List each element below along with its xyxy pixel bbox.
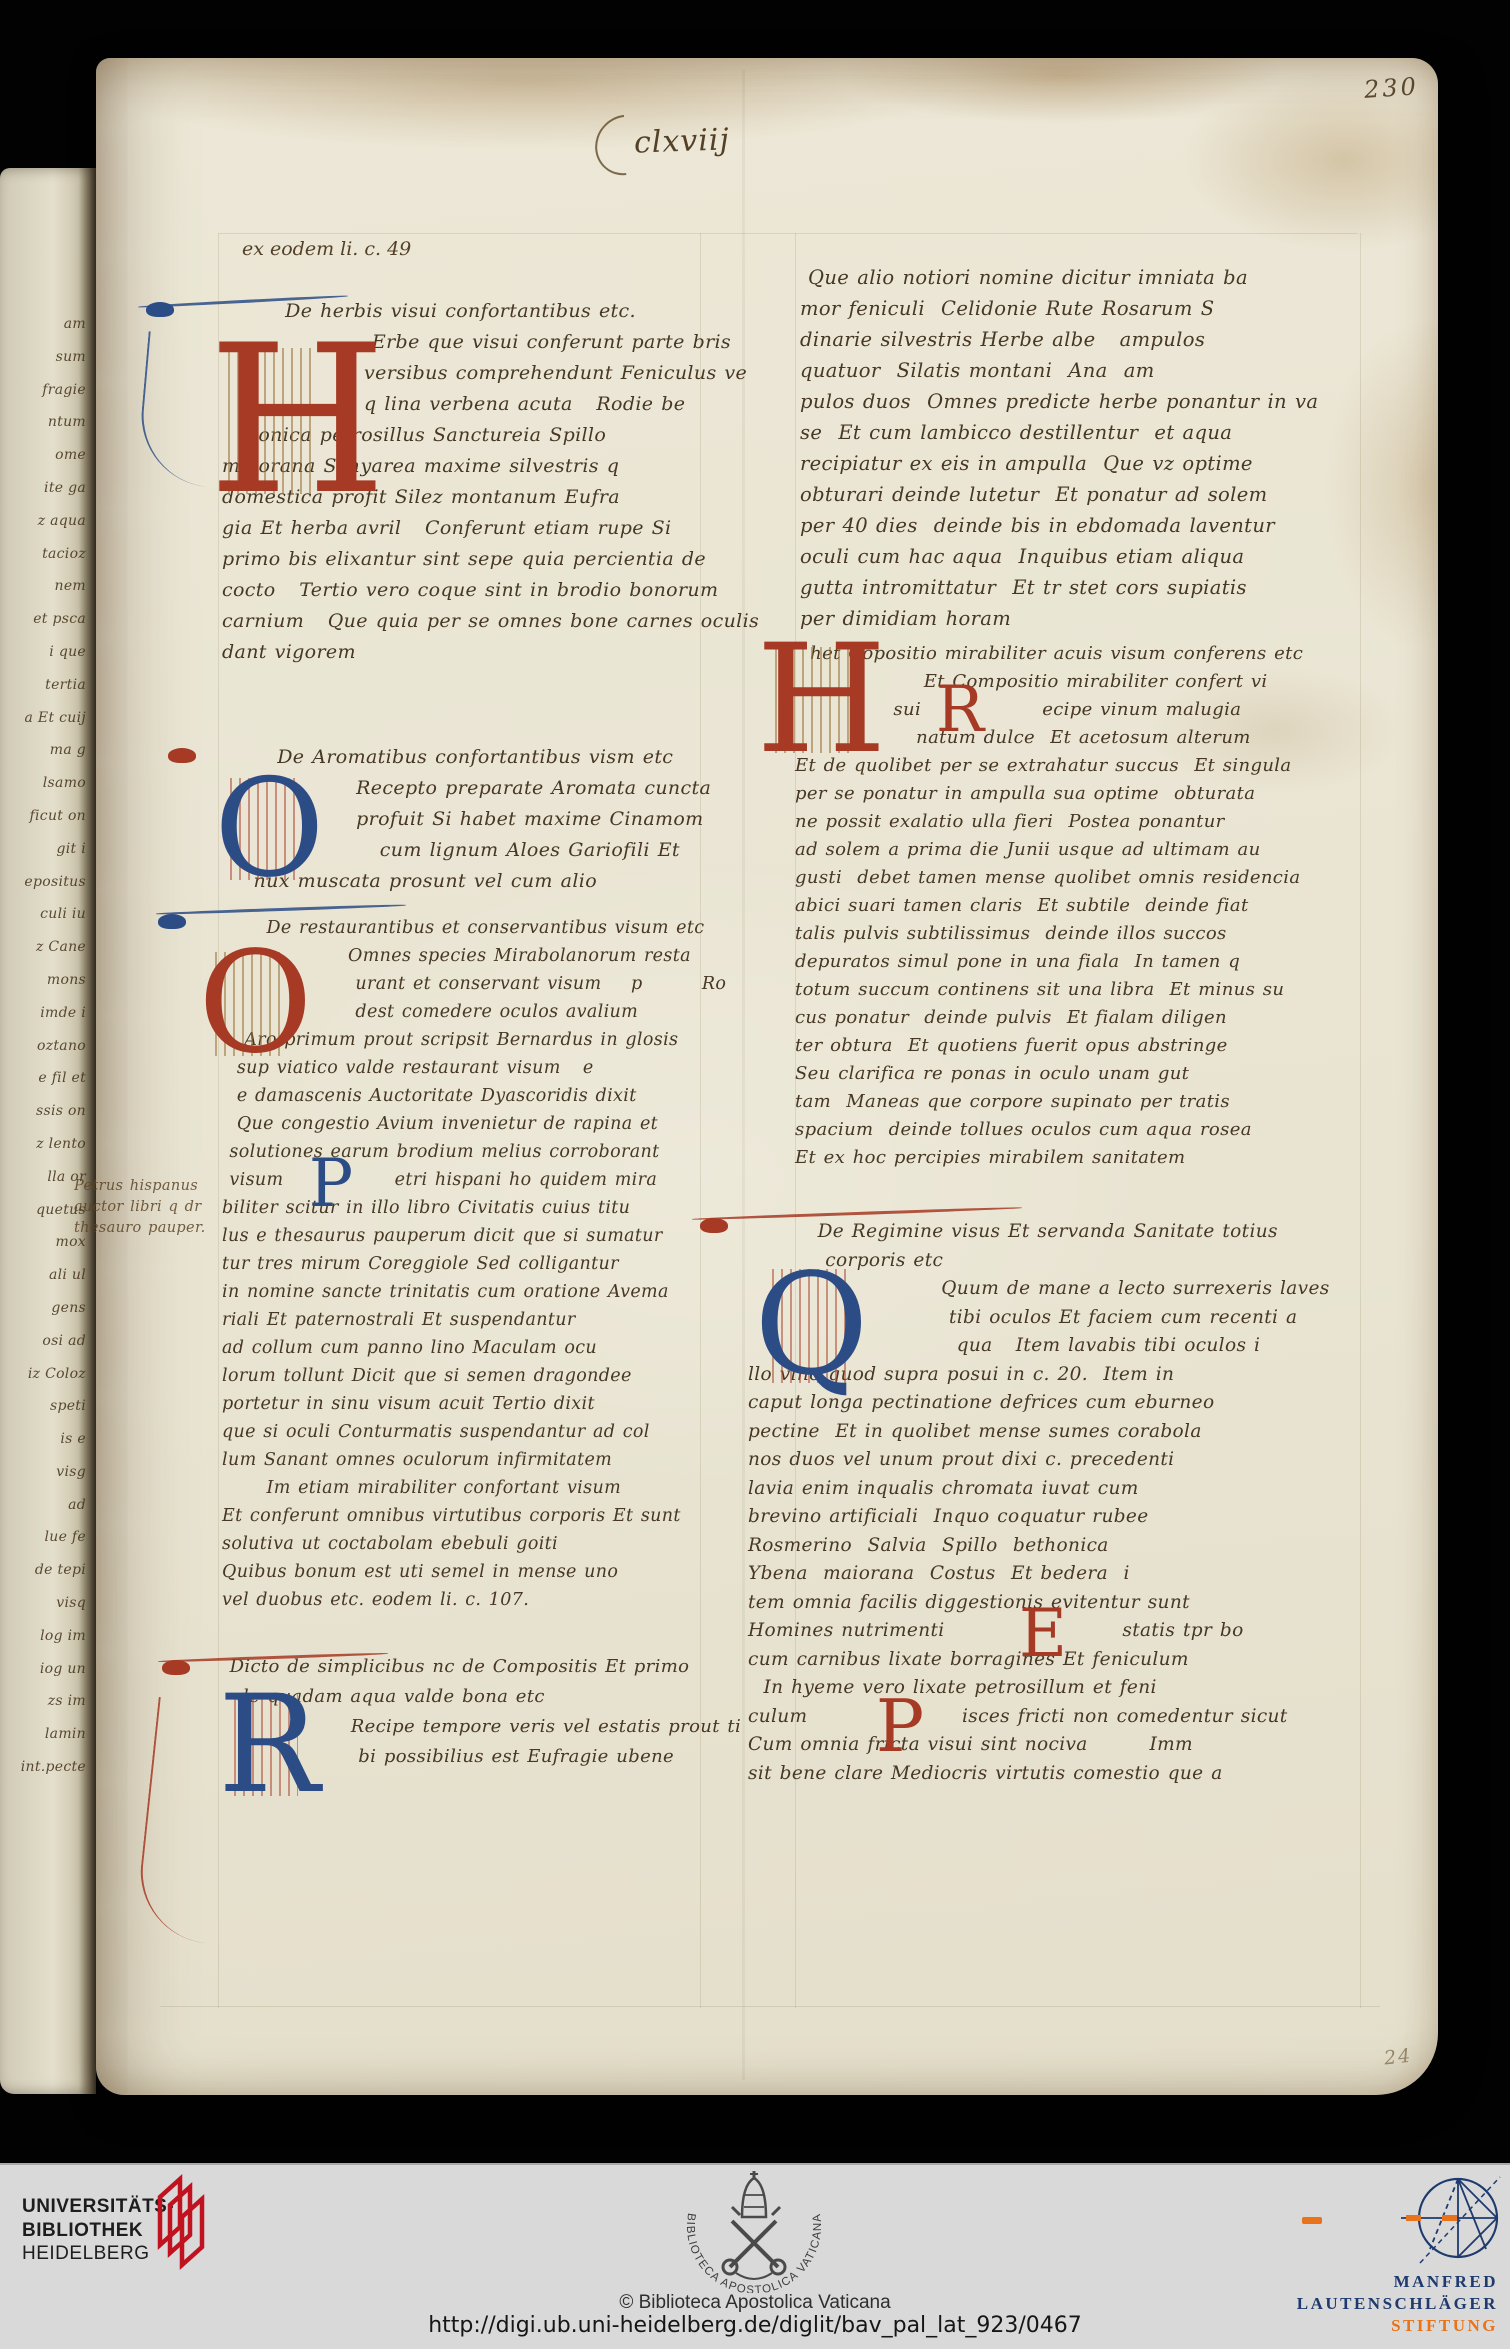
- text-line: lue fe: [0, 1521, 86, 1554]
- svg-text:BIBLIOTECA APOSTOLICA VATICANA: BIBLIOTECA APOSTOLICA VATICANA: [684, 2212, 824, 2293]
- copyright-line: © Biblioteca Apostolica Vaticana: [0, 2292, 1510, 2314]
- text-line: de tepi: [0, 1554, 86, 1587]
- text-line: abici suari tamen claris Et subtile dein…: [795, 892, 1375, 920]
- minor-initial: P: [308, 1154, 354, 1214]
- text-line: ad solem a prima die Junii usque ad ulti…: [795, 836, 1375, 864]
- text-line: ssis on: [0, 1095, 86, 1128]
- text-line: gens: [0, 1292, 86, 1325]
- facing-page-edge: amsumfragientumomeite gaz aquataciozneme…: [0, 168, 96, 2094]
- minor-initial: P: [874, 1692, 926, 1768]
- text-line: tacioz: [0, 538, 86, 571]
- text-line: sum: [0, 341, 86, 374]
- text-line: nem: [0, 570, 86, 603]
- paragraph-mark: [158, 914, 186, 929]
- quire-mark: 24: [1383, 2045, 1413, 2070]
- text-line: lamin: [0, 1718, 86, 1751]
- text-line: dant vigorem: [222, 637, 702, 668]
- text-line: talis pulvis subtilissimus deinde illos …: [795, 920, 1375, 948]
- text-line: Im etiam mirabiliter confortant visum: [222, 1474, 722, 1502]
- folio-number: 230: [1363, 72, 1420, 104]
- ml-line3: STIFTUNG: [1297, 2315, 1498, 2337]
- text-line: am: [0, 308, 86, 341]
- ub-heidelberg-logo-icon: [150, 2171, 222, 2275]
- text-line: et psca: [0, 603, 86, 636]
- text-line: primo bis elixantur sint sepe quia perci…: [222, 544, 702, 575]
- text-line: lavia enim inqualis chromata iuvat cum: [748, 1475, 1338, 1504]
- text-line: epositus: [0, 866, 86, 899]
- text-line: visum etri hispani ho quidem mira: [222, 1166, 722, 1194]
- text-line: lus e thesaurus pauperum dicit que si su…: [222, 1222, 722, 1250]
- paragraph-mark: [168, 748, 196, 763]
- decorated-initial: O: [198, 944, 306, 1064]
- decorated-initial: R: [218, 1686, 316, 1804]
- text-line: speti: [0, 1390, 86, 1423]
- text-line: ad collum cum panno lino Maculam ocu: [222, 1334, 722, 1362]
- text-line: tam Maneas que corpore supinato per trat…: [795, 1088, 1375, 1116]
- digitization-footer: UNIVERSITÄTS- BIBLIOTHEK HEIDELBERG: [0, 2163, 1510, 2349]
- text-line: fragie: [0, 374, 86, 407]
- text-line: obturari deinde lutetur Et ponatur ad so…: [800, 479, 1360, 510]
- text-line: sit bene clare Mediocris virtutis comest…: [748, 1760, 1338, 1789]
- text-line: quatuor Silatis montani Ana am: [800, 355, 1360, 386]
- text-line: riali Et paternostrali Et suspendantur: [222, 1306, 722, 1334]
- minor-initial: E: [1014, 1602, 1072, 1666]
- ruling-line: [160, 2006, 1380, 2007]
- text-line: i que: [0, 636, 86, 669]
- text-line: brevino artificiali Inquo coquatur rubee: [748, 1503, 1338, 1532]
- paragraph-mark: [162, 1660, 190, 1675]
- minor-initial: R: [934, 680, 986, 740]
- text-line: totum succum continens sit una libra Et …: [795, 976, 1375, 1004]
- text-line: recipiatur ex eis in ampulla Que vz opti…: [800, 448, 1360, 479]
- margin-note-lines: Petrus hispanusauctor libri q drthesauro…: [74, 1176, 224, 1239]
- decorated-initial: H: [208, 336, 336, 506]
- ml-stiftung-wordmark: MANFRED LAUTENSCHLÄGER STIFTUNG: [1297, 2271, 1498, 2337]
- margin-note: Petrus hispanusauctor libri q drthesauro…: [74, 1176, 224, 1239]
- text-line: lum Sanant omnes oculorum infirmitatem: [222, 1446, 722, 1474]
- text-line: e fil et: [0, 1062, 86, 1095]
- chapter-heading: clxviij: [633, 122, 730, 160]
- text-line: z Cane: [0, 931, 86, 964]
- text-line: gusti debet tamen mense quolibet omnis r…: [795, 864, 1375, 892]
- text-line: pulos duos Omnes predicte herbe ponantur…: [800, 386, 1360, 417]
- text-line: solutiva ut coctabolam ebebuli goiti: [222, 1530, 722, 1558]
- text-line: auctor libri q dr: [74, 1197, 224, 1218]
- text-line: nos duos vel unum prout dixi c. preceden…: [748, 1446, 1338, 1475]
- text-line: culi iu: [0, 898, 86, 931]
- text-line: De Regimine visus Et servanda Sanitate t…: [748, 1218, 1338, 1247]
- ml-line2: LAUTENSCHLÄGER: [1297, 2293, 1498, 2315]
- decorated-initial: Q: [754, 1260, 866, 1392]
- facing-page-text-fragments: amsumfragientumomeite gaz aquataciozneme…: [0, 168, 96, 1784]
- text-line: gutta intromittatur Et tr stet cors supi…: [800, 572, 1360, 603]
- text-line: lorum tollunt Dicit que si semen dragond…: [222, 1362, 722, 1390]
- manuscript-section-right-1: Que alio notiori nomine dicitur imniata …: [800, 262, 1360, 634]
- text-line: Seu clarifica re ponas in oculo unam gut: [795, 1060, 1375, 1088]
- text-line: ome: [0, 439, 86, 472]
- text-line: vel duobus etc. eodem li. c. 107.: [222, 1586, 722, 1614]
- text-line: Petrus hispanus: [74, 1176, 224, 1197]
- paragraph-mark: [146, 302, 174, 317]
- text-line: zs im: [0, 1685, 86, 1718]
- text-line: a Et cuij: [0, 702, 86, 735]
- text-line: se Et cum lambicco destillentur et aqua: [800, 417, 1360, 448]
- text-line: depuratos simul pone in una fiala In tam…: [795, 948, 1375, 976]
- text-line: dinarie silvestris Herbe albe ampulos: [800, 324, 1360, 355]
- source-url: http://digi.ub.uni-heidelberg.de/diglit/…: [0, 2313, 1510, 2338]
- text-line: ne possit exalatio ulla fieri Postea pon…: [795, 808, 1375, 836]
- paragraph-mark: [700, 1218, 728, 1233]
- ml-stiftung-logo-icon: [1396, 2171, 1506, 2266]
- text-line: biliter scitur in illo libro Civitatis c…: [222, 1194, 722, 1222]
- text-line: Que alio notiori nomine dicitur imniata …: [800, 262, 1360, 293]
- text-line: que si oculi Conturmatis suspendantur ad…: [222, 1418, 722, 1446]
- text-line: culum isces fricti non comedentur sicut: [748, 1703, 1338, 1732]
- text-line: ficut on: [0, 800, 86, 833]
- text-line: iz Coloz: [0, 1358, 86, 1391]
- text-line: ntum: [0, 406, 86, 439]
- text-line: git i: [0, 833, 86, 866]
- vatican-seal-text: BIBLIOTECA APOSTOLICA VATICANA: [684, 2212, 824, 2293]
- text-line: oztano: [0, 1030, 86, 1063]
- text-line: ma g: [0, 734, 86, 767]
- text-line: Quibus bonum est uti semel in mense uno: [222, 1558, 722, 1586]
- text-line: z aqua: [0, 505, 86, 538]
- text-line: is e: [0, 1423, 86, 1456]
- text-line: imde i: [0, 997, 86, 1030]
- ml-line1: MANFRED: [1297, 2271, 1498, 2293]
- vatican-library-seal-icon: BIBLIOTECA APOSTOLICA VATICANA: [668, 2167, 843, 2293]
- text-line: in nomine sancte trinitatis cum oratione…: [222, 1278, 722, 1306]
- text-line: visg: [0, 1456, 86, 1489]
- text-line: Et conferunt omnibus virtutibus corporis…: [222, 1502, 722, 1530]
- text-line: mons: [0, 964, 86, 997]
- text-line: per 40 dies deinde bis in ebdomada laven…: [800, 510, 1360, 541]
- text-line: cocto Tertio vero coque sint in brodio b…: [222, 575, 702, 606]
- ruling-line: [218, 233, 1358, 234]
- text-line: Rosmerino Salvia Spillo bethonica: [748, 1532, 1338, 1561]
- decorated-initial: H: [756, 638, 872, 762]
- text-line: tertia: [0, 669, 86, 702]
- text-line: tur tres mirum Coreggiole Sed colligantu…: [222, 1250, 722, 1278]
- text-line: carnium Que quia per se omnes bone carne…: [222, 606, 702, 637]
- ml-logo-dash: [1302, 2217, 1322, 2224]
- text-line: solutiones earum brodium melius corrobor…: [222, 1138, 722, 1166]
- text-line: ite ga: [0, 472, 86, 505]
- text-line: visq: [0, 1587, 86, 1620]
- text-line: e damascenis Auctoritate Dyascoridis dix…: [222, 1082, 722, 1110]
- text-line: In hyeme vero lixate petrosillum et feni: [748, 1674, 1338, 1703]
- text-line: lsamo: [0, 767, 86, 800]
- column-header-reference: ex eodem li. c. 49: [242, 238, 411, 260]
- text-line: osi ad: [0, 1325, 86, 1358]
- text-line: ter obtura Et quotiens fuerit opus abstr…: [795, 1032, 1375, 1060]
- section-body: Que alio notiori nomine dicitur imniata …: [800, 262, 1360, 634]
- text-line: Ybena maiorana Costus Et bedera i: [748, 1560, 1338, 1589]
- text-line: thesauro pauper.: [74, 1218, 224, 1239]
- text-line: iog un: [0, 1653, 86, 1686]
- scanned-manuscript-view: amsumfragientumomeite gaz aquataciozneme…: [0, 0, 1510, 2349]
- text-line: ad: [0, 1489, 86, 1522]
- text-line: mor feniculi Celidonie Rute Rosarum S: [800, 293, 1360, 324]
- text-line: Et ex hoc percipies mirabilem sanitatem: [795, 1144, 1375, 1172]
- text-line: ali ul: [0, 1259, 86, 1292]
- text-line: Cum omnia fricta visui sint nociva Imm: [748, 1731, 1338, 1760]
- text-line: spacium deinde tollues oculos cum aqua r…: [795, 1116, 1375, 1144]
- decorated-initial: O: [214, 770, 314, 888]
- text-line: log im: [0, 1620, 86, 1653]
- text-line: cus ponatur deinde pulvis Et fialam dili…: [795, 1004, 1375, 1032]
- text-line: portetur in sinu visum acuit Tertio dixi…: [222, 1390, 722, 1418]
- text-line: Que congestio Avium invenietur de rapina…: [222, 1110, 722, 1138]
- text-line: pectine Et in quolibet mense sumes corab…: [748, 1418, 1338, 1447]
- text-line: oculi cum hac aqua Inquibus etiam aliqua: [800, 541, 1360, 572]
- text-line: int.pecte: [0, 1751, 86, 1784]
- text-line: z lento: [0, 1128, 86, 1161]
